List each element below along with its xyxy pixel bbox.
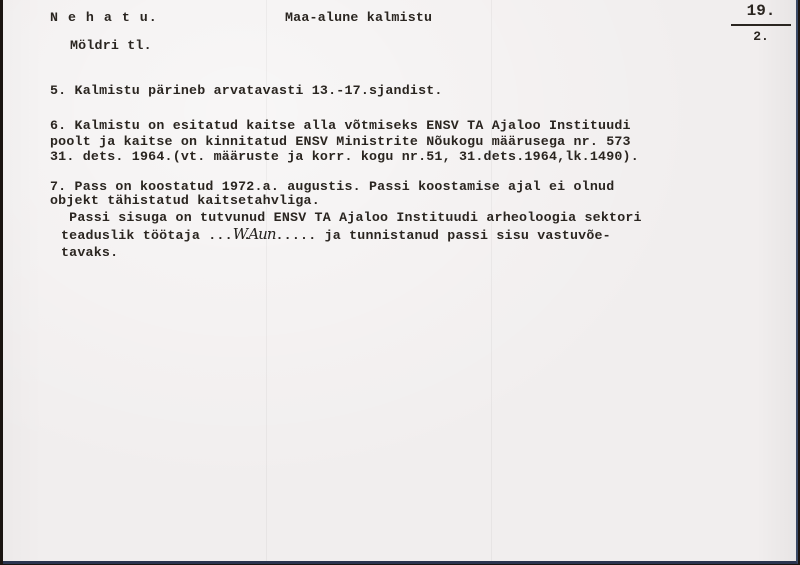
paragraph-6-line-3: 31. dets. 1964.(vt. määruste ja korr. ko…: [50, 150, 639, 163]
card-sub-number: 2.: [731, 29, 791, 44]
paragraph-7-line-4: teaduslik töötaja ...W.Aun..... ja tunni…: [61, 228, 611, 242]
paragraph-7-line-5: tavaks.: [61, 246, 118, 259]
paragraph-6-line-1: 6. Kalmistu on esitatud kaitse alla võtm…: [50, 119, 631, 132]
paragraph-7-line-3: Passi sisuga on tutvunud ENSV TA Ajaloo …: [61, 211, 642, 224]
paper-fold-line: [491, 0, 492, 561]
paragraph-6-line-2: poolt ja kaitse on kinnitatud ENSV Minis…: [50, 135, 631, 148]
paragraph-5: 5. Kalmistu pärineb arvatavasti 13.-17.s…: [50, 84, 443, 97]
card-number-box: 19. 2.: [731, 2, 791, 44]
card-number: 19.: [731, 2, 791, 20]
paragraph-7-line-2: objekt tähistatud kaitsetahvliga.: [50, 194, 320, 207]
line-4-prefix: teaduslik töötaja ...: [61, 228, 233, 243]
handwritten-signature: W.Aun: [233, 225, 276, 243]
line-4-suffix: ..... ja tunnistanud passi sisu vastuvõe…: [276, 228, 611, 243]
archive-card: N e h a t u. Möldri tl. Maa-alune kalmis…: [3, 0, 798, 564]
place-name: N e h a t u.: [50, 11, 158, 24]
paragraph-7-line-1: 7. Pass on koostatud 1972.a. augustis. P…: [50, 180, 614, 193]
card-number-divider: [731, 24, 791, 26]
municipality: Möldri tl.: [70, 39, 152, 52]
card-title: Maa-alune kalmistu: [285, 11, 432, 24]
